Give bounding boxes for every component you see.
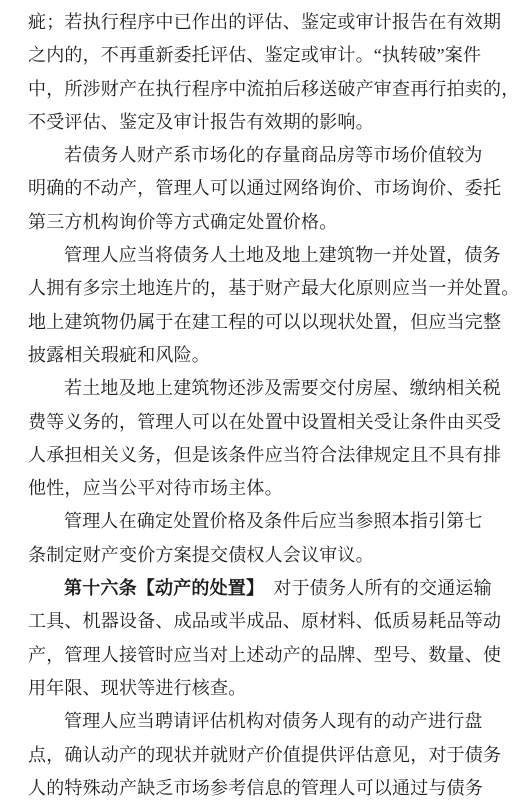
text-run: 用年限、现状等进行核查。 (28, 678, 246, 698)
article-heading: 第十六条【动产的处置】 (64, 578, 255, 598)
document-text: 疵；若执行程序中已作出的评估、鉴定或审计报告在有效期之内的，不再重新委托评估、鉴… (0, 0, 520, 805)
text-run: 点，确认动产的现状并就财产价值提供评估意见，对于债务 (28, 745, 501, 765)
text-run: 条制定财产变价方案提交债权人会议审议。 (28, 545, 374, 565)
text-run: 疵；若执行程序中已作出的评估、鉴定或审计报告在有效期 (28, 12, 501, 32)
text-line: 工具、机器设备、成品或半成品、原材料、低质易耗品等动 (28, 605, 496, 638)
text-run: 管理人应当聘请评估机构对债务人现有的动产进行盘 (64, 711, 483, 731)
text-line: 疵；若执行程序中已作出的评估、鉴定或审计报告在有效期 (28, 6, 496, 39)
text-line: 管理人应当聘请评估机构对债务人现有的动产进行盘 (28, 705, 496, 738)
text-line: 用年限、现状等进行核查。 (28, 672, 496, 705)
text-run: 人的特殊动产缺乏市场参考信息的管理人可以通过与债务 (28, 778, 483, 798)
text-line: 条制定财产变价方案提交债权人会议审议。 (28, 539, 496, 572)
text-run: 第三方机构询价等方式确定处置价格。 (28, 212, 337, 232)
text-line: 点，确认动产的现状并就财产价值提供评估意见，对于债务 (28, 739, 496, 772)
text-line: 明确的不动产，管理人可以通过网络询价、市场询价、委托 (28, 172, 496, 205)
text-line: 费等义务的，管理人可以在处置中设置相关受让条件由买受 (28, 406, 496, 439)
text-line: 他性，应当公平对待市场主体。 (28, 472, 496, 505)
text-line: 第三方机构询价等方式确定处置价格。 (28, 206, 496, 239)
text-run: 之内的，不再重新委托评估、鉴定或审计。“执转破”案件 (28, 45, 481, 65)
text-line: 管理人应当将债务人土地及地上建筑物一并处置，债务 (28, 239, 496, 272)
text-line: 人的特殊动产缺乏市场参考信息的管理人可以通过与债务 (28, 772, 496, 805)
text-line: 中，所涉财产在执行程序中流拍后移送破产审查再行拍卖的， (28, 73, 496, 106)
text-line: 人拥有多宗土地连片的，基于财产最大化原则应当一并处置。 (28, 272, 496, 305)
text-run: 不受评估、鉴定及审计报告有效期的影响。 (28, 112, 374, 132)
text-line: 不受评估、鉴定及审计报告有效期的影响。 (28, 106, 496, 139)
text-line: 管理人在确定处置价格及条件后应当参照本指引第七 (28, 505, 496, 538)
text-line: 若债务人财产系市场化的存量商品房等市场价值较为 (28, 139, 496, 172)
document-page: 疵；若执行程序中已作出的评估、鉴定或审计报告在有效期之内的，不再重新委托评估、鉴… (0, 0, 520, 811)
text-run: 他性，应当公平对待市场主体。 (28, 478, 283, 498)
text-line: 地上建筑物仍属于在建工程的可以以现状处置，但应当完整 (28, 306, 496, 339)
text-run: 地上建筑物仍属于在建工程的可以以现状处置，但应当完整 (28, 312, 501, 332)
text-line: 披露相关瑕疵和风险。 (28, 339, 496, 372)
text-run: 费等义务的，管理人可以在处置中设置相关受让条件由买受 (28, 412, 501, 432)
text-run: 工具、机器设备、成品或半成品、原材料、低质易耗品等动 (28, 611, 501, 631)
text-run: 产，管理人接管时应当对上述动产的品牌、型号、数量、使 (28, 645, 501, 665)
text-line-article-heading: 第十六条【动产的处置】 对于债务人所有的交通运输 (28, 572, 496, 605)
text-line: 之内的，不再重新委托评估、鉴定或审计。“执转破”案件 (28, 39, 496, 72)
text-run: 管理人应当将债务人土地及地上建筑物一并处置，债务 (64, 245, 501, 265)
text-line: 若土地及地上建筑物还涉及需要交付房屋、缴纳相关税 (28, 372, 496, 405)
text-run: 人拥有多宗土地连片的，基于财产最大化原则应当一并处置。 (28, 278, 519, 298)
text-run: 若债务人财产系市场化的存量商品房等市场价值较为 (64, 145, 483, 165)
text-run: 若土地及地上建筑物还涉及需要交付房屋、缴纳相关税 (64, 378, 501, 398)
text-run: 人承担相关义务，但是该条件应当符合法律规定且不具有排 (28, 445, 501, 465)
text-run: 对于债务人所有的交通运输 (255, 578, 492, 598)
text-run: 披露相关瑕疵和风险。 (28, 345, 210, 365)
text-run: 管理人在确定处置价格及条件后应当参照本指引第七 (64, 511, 483, 531)
text-run: 中，所涉财产在执行程序中流拍后移送破产审查再行拍卖的， (28, 79, 519, 99)
text-run: 明确的不动产，管理人可以通过网络询价、市场询价、委托 (28, 178, 501, 198)
text-line: 人承担相关义务，但是该条件应当符合法律规定且不具有排 (28, 439, 496, 472)
text-line: 产，管理人接管时应当对上述动产的品牌、型号、数量、使 (28, 639, 496, 672)
